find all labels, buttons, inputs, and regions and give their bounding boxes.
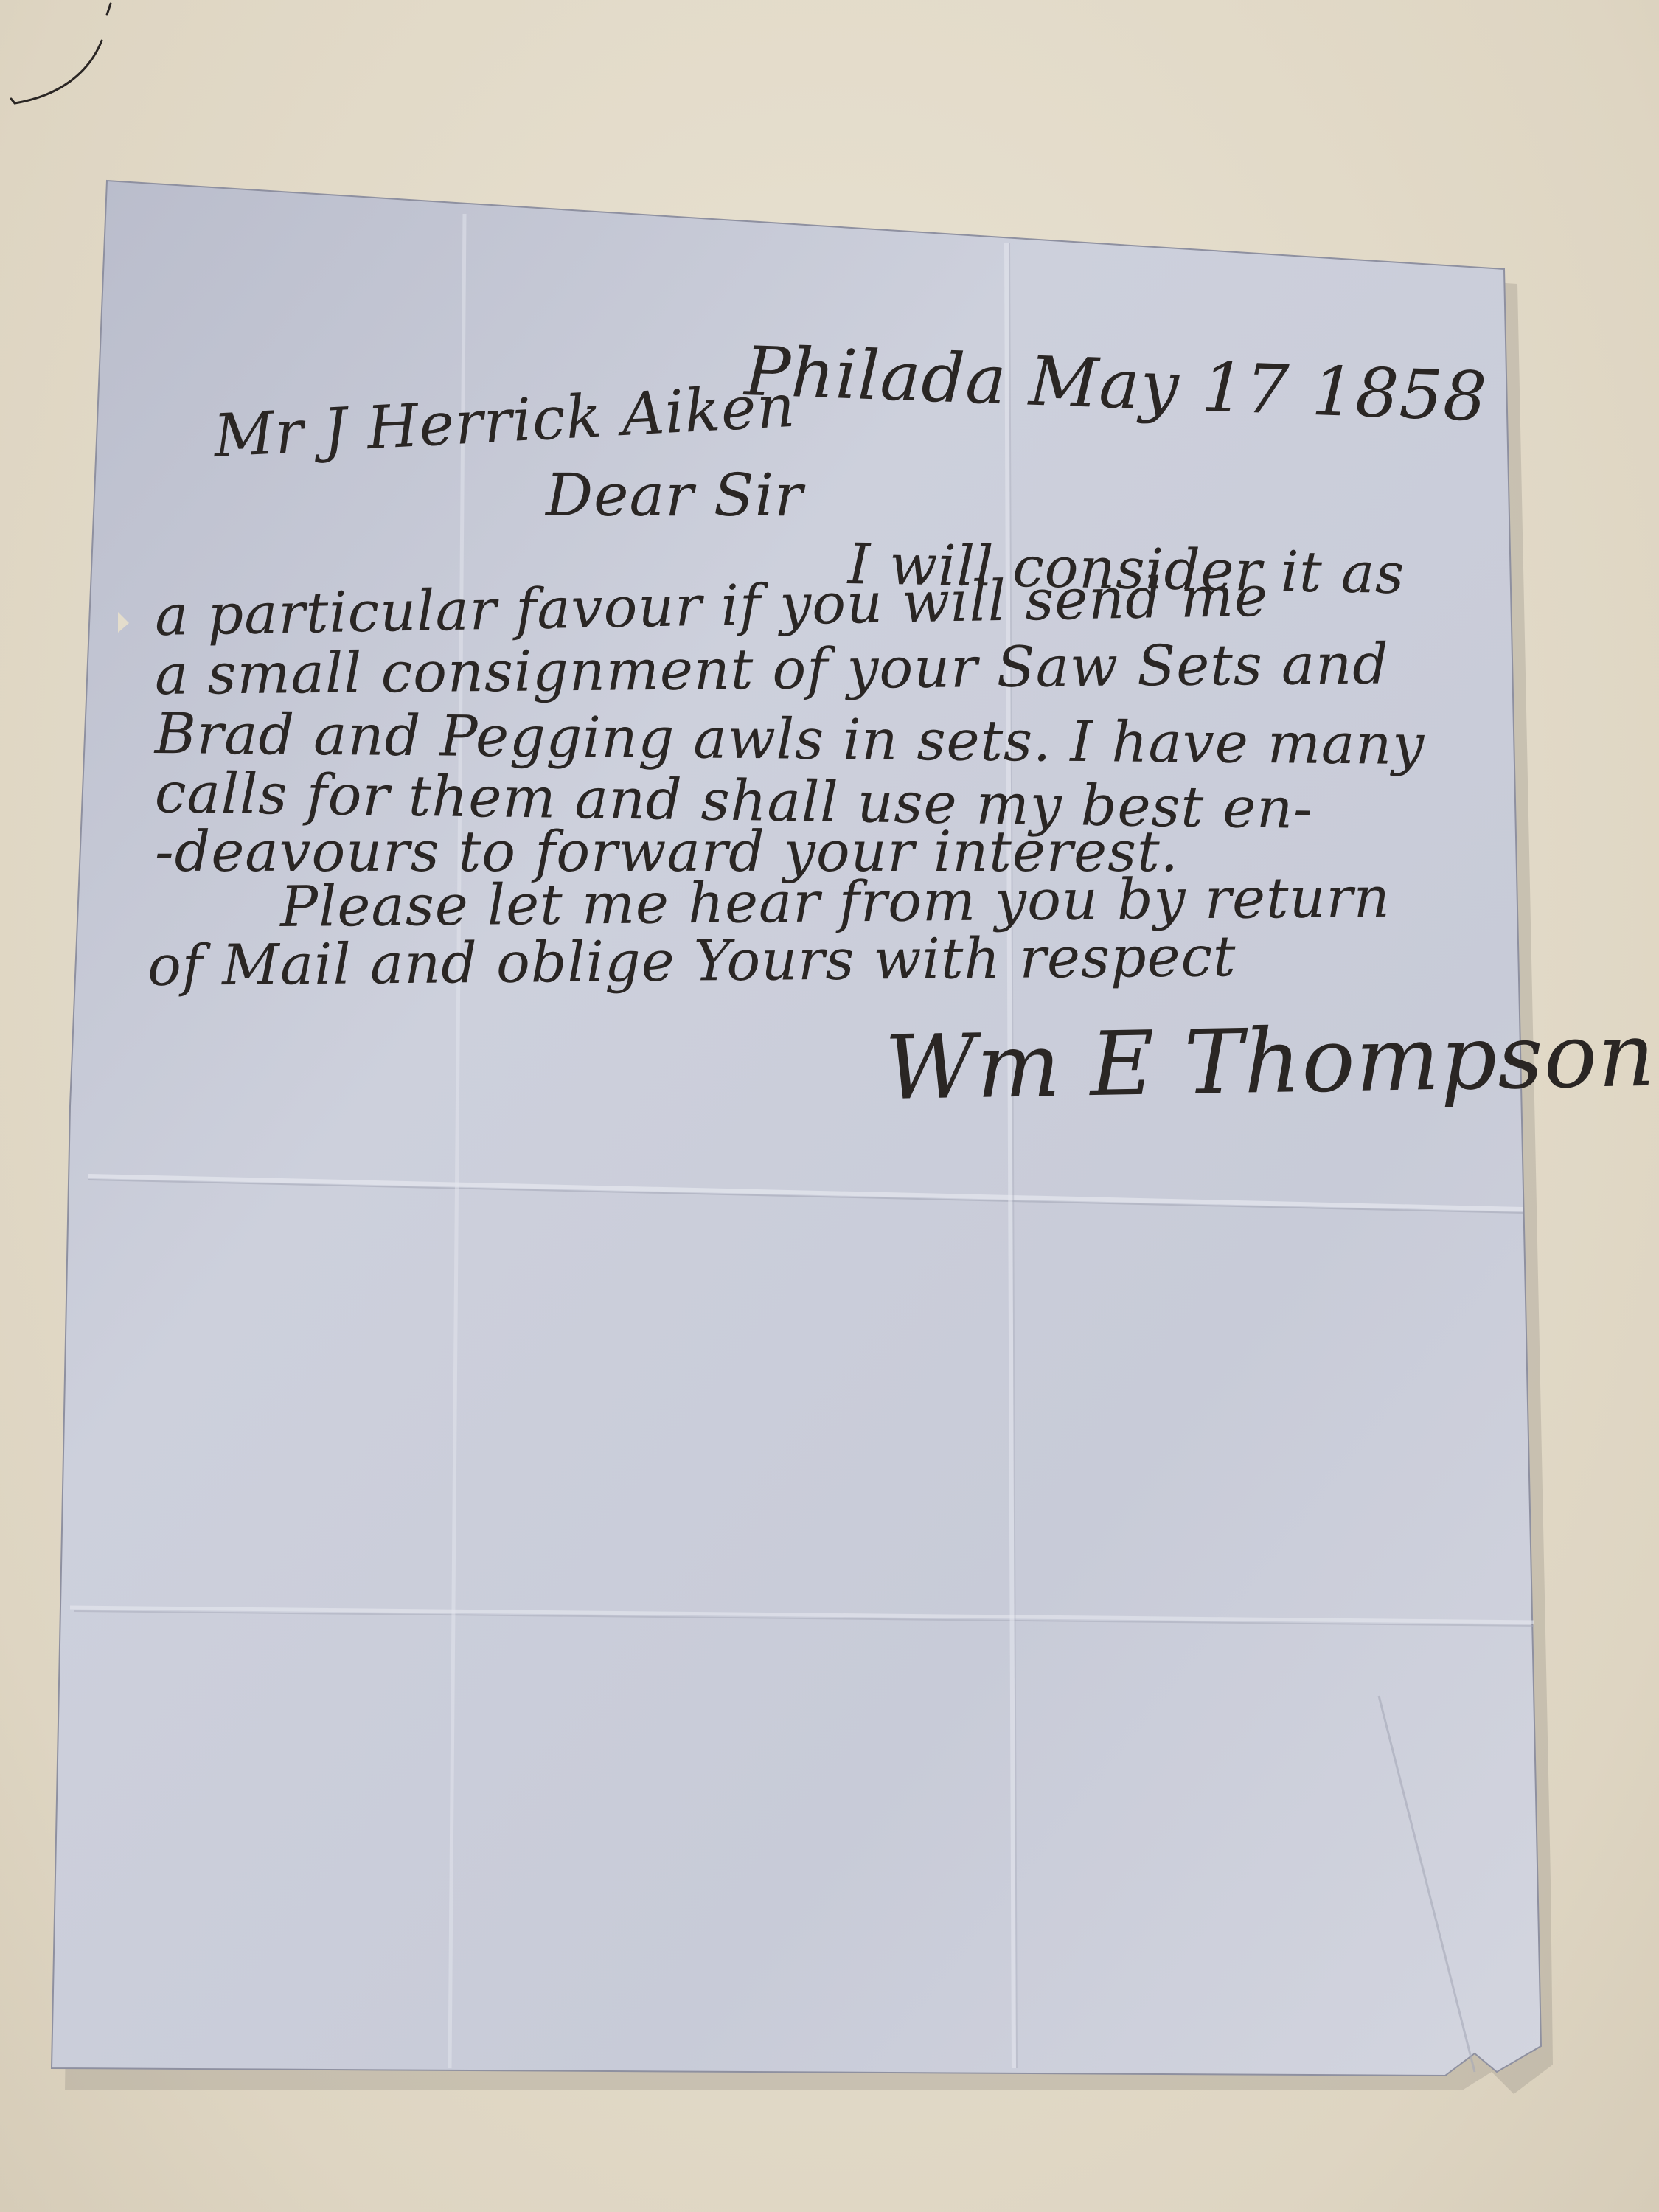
salutation: Dear Sir <box>546 461 803 529</box>
pen-stroke-mark <box>0 0 162 118</box>
body-line: of Mail and oblige Yours with respect <box>147 923 1237 998</box>
letter-sheet: Philada May 17 1858 Mr J Herrick Aiken D… <box>0 0 1659 2212</box>
body-line: a small consignment of your Saw Sets and <box>155 630 1390 707</box>
signature: Wm E Thompson <box>884 1004 1657 1120</box>
